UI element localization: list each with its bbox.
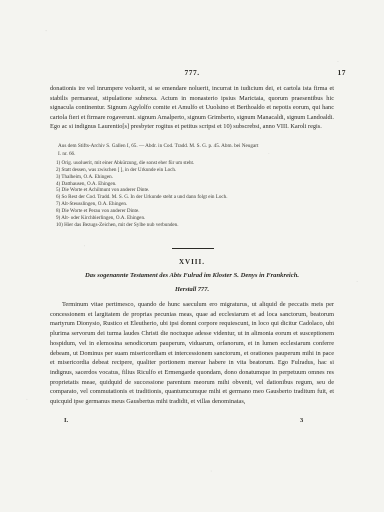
section-number: XVIII. (50, 258, 334, 266)
footnote: 5) Die Worte et Achilmunt von anderer Di… (56, 187, 336, 194)
footnote: 3) Thalheim, O.A. Ehingen. (56, 174, 336, 181)
footnote: 4) Datthausen, O.A. Ehingen. (56, 181, 336, 188)
source-note-line1: Aus dem Stifts-Archiv S. Gallen I, 65. —… (58, 143, 334, 151)
testament-paragraph: Terminum vitae pertimesco, quando de hun… (50, 300, 334, 407)
charter-end-paragraph: donationis ire vel inrumpere voluerit, s… (50, 84, 334, 132)
section-divider-rule (172, 248, 214, 249)
running-head: 777. 17 (50, 68, 334, 80)
running-head-year: 777. (50, 68, 334, 77)
footnotes-list: 1) Orig. uuoluerit, mit einer Abkürzung,… (56, 160, 336, 228)
footnote: 1) Orig. uuoluerit, mit einer Abkürzung,… (56, 160, 336, 167)
source-note-line2: I. nr. 66. (58, 151, 334, 159)
section-title: Das sogenannte Testament des Abts Fulrad… (40, 272, 344, 279)
source-note: Aus dem Stifts-Archiv S. Gallen I, 65. —… (58, 143, 334, 158)
footnote: 6) So Rest der Cod. Tradd. M. S. G. In d… (56, 194, 336, 201)
page-number: 17 (338, 68, 347, 77)
footnote: 2) Statt dessen, was zwischen [ ], in de… (56, 167, 336, 174)
footnote: 8) Die Worte et Perau von anderer Dinte. (56, 208, 336, 215)
sheet-number-right: 3 (300, 417, 303, 424)
signature-mark-left: I. (64, 417, 68, 424)
section-dateline: Herstall 777. (50, 286, 334, 293)
footnote: 7) Alt-Steusslingen, O.A. Ehingen. (56, 201, 336, 208)
scanned-book-page: 777. 17 donationis ire vel inrumpere vol… (0, 0, 384, 512)
footnote: 9) Alt- oder Kirchbierlingen, O.A. Ehing… (56, 215, 336, 222)
footnote: 10) Hier das Bezugs-Zeichen, mit der Syl… (56, 222, 336, 229)
